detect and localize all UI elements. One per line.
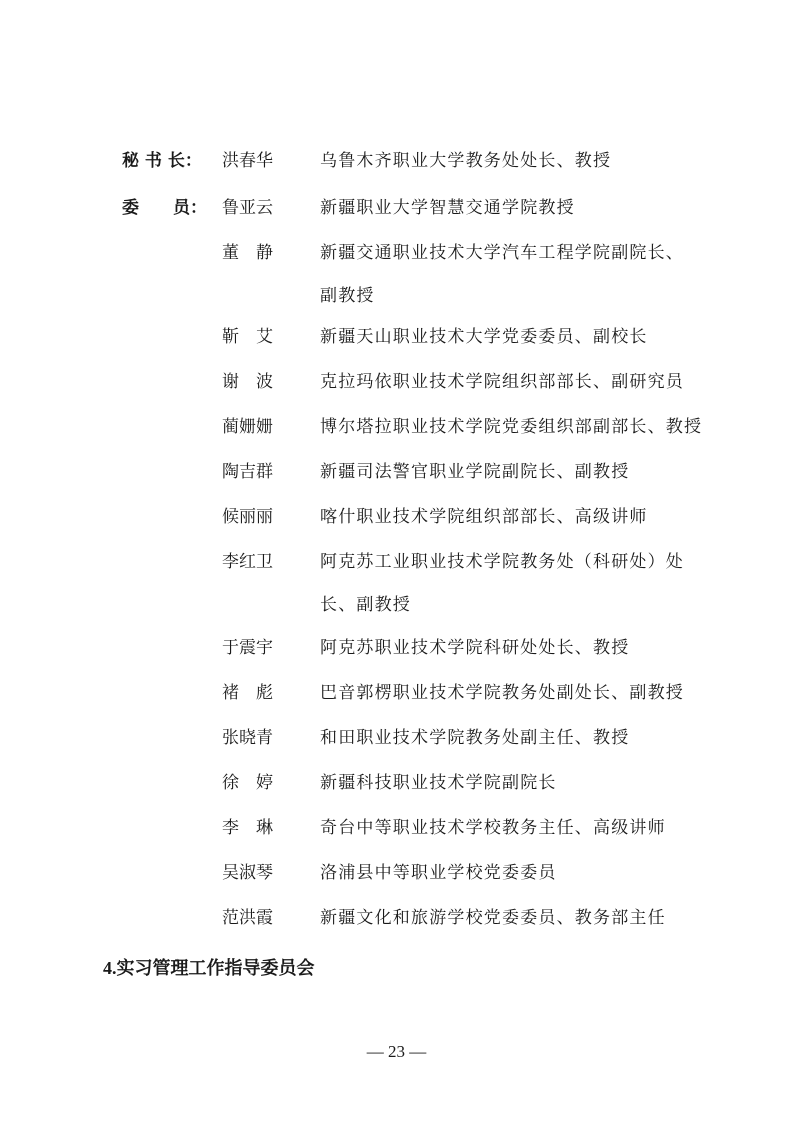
page-number: — 23 — — [0, 1042, 793, 1062]
person-title: 乌鲁木齐职业大学教务处处长、教授 — [320, 146, 611, 176]
person-name: 李 琳 — [222, 813, 273, 843]
person-title: 洛浦县中等职业学校党委委员 — [320, 858, 557, 888]
person-name: 鲁亚云 — [222, 193, 273, 223]
person-title: 新疆科技职业技术学院副院长 — [320, 768, 557, 798]
person-title: 巴音郭楞职业技术学院教务处副处长、副教授 — [320, 678, 684, 708]
secretary-general-row: 秘 书 长： 洪春华 乌鲁木齐职业大学教务处处长、教授 — [0, 146, 793, 176]
member-row: 李红卫 阿克苏工业职业技术学院教务处（科研处）处 — [0, 547, 793, 577]
member-row: 董 静 新疆交通职业技术大学汽车工程学院副院长、 — [0, 238, 793, 268]
person-title: 克拉玛依职业技术学院组织部部长、副研究员 — [320, 367, 684, 397]
person-name: 范洪霞 — [222, 903, 273, 933]
member-row: 范洪霞 新疆文化和旅游学校党委委员、教务部主任 — [0, 903, 793, 933]
person-title: 新疆职业大学智慧交通学院教授 — [320, 193, 575, 223]
person-name: 董 静 — [222, 238, 273, 268]
person-title: 奇台中等职业技术学校教务主任、高级讲师 — [320, 813, 666, 843]
person-name: 靳 艾 — [222, 322, 273, 352]
person-name: 陶吉群 — [222, 457, 273, 487]
person-name: 徐 婷 — [222, 768, 273, 798]
member-row: 谢 波 克拉玛依职业技术学院组织部部长、副研究员 — [0, 367, 793, 397]
person-title-continued: 副教授 — [320, 281, 375, 311]
member-row-continuation: 长、副教授 — [0, 590, 793, 620]
person-title: 和田职业技术学院教务处副主任、教授 — [320, 723, 629, 753]
member-row: 靳 艾 新疆天山职业技术大学党委委员、副校长 — [0, 322, 793, 352]
person-title-continued: 长、副教授 — [320, 590, 411, 620]
person-title: 新疆交通职业技术大学汽车工程学院副院长、 — [320, 238, 684, 268]
member-row-continuation: 副教授 — [0, 281, 793, 311]
person-title: 阿克苏工业职业技术学院教务处（科研处）处 — [320, 547, 684, 577]
person-name: 谢 波 — [222, 367, 273, 397]
member-row: 委 员： 鲁亚云 新疆职业大学智慧交通学院教授 — [0, 193, 793, 223]
member-row: 吴淑琴 洛浦县中等职业学校党委委员 — [0, 858, 793, 888]
member-row: 褚 彪 巴音郭楞职业技术学院教务处副处长、副教授 — [0, 678, 793, 708]
person-name: 吴淑琴 — [222, 858, 273, 888]
person-name: 蔺姗姗 — [222, 412, 273, 442]
member-row: 蔺姗姗 博尔塔拉职业技术学院党委组织部副部长、教授 — [0, 412, 793, 442]
member-row: 陶吉群 新疆司法警官职业学院副院长、副教授 — [0, 457, 793, 487]
person-name: 褚 彪 — [222, 678, 273, 708]
person-name: 于震宇 — [222, 633, 273, 663]
person-name: 候丽丽 — [222, 502, 273, 532]
role-label-members: 委 员： — [122, 193, 207, 223]
person-title: 新疆司法警官职业学院副院长、副教授 — [320, 457, 629, 487]
member-row: 候丽丽 喀什职业技术学院组织部部长、高级讲师 — [0, 502, 793, 532]
person-title: 喀什职业技术学院组织部部长、高级讲师 — [320, 502, 648, 532]
member-row: 张晓青 和田职业技术学院教务处副主任、教授 — [0, 723, 793, 753]
member-row: 李 琳 奇台中等职业技术学校教务主任、高级讲师 — [0, 813, 793, 843]
member-row: 徐 婷 新疆科技职业技术学院副院长 — [0, 768, 793, 798]
member-row: 于震宇 阿克苏职业技术学院科研处处长、教授 — [0, 633, 793, 663]
person-name: 张晓青 — [222, 723, 273, 753]
person-title: 博尔塔拉职业技术学院党委组织部副部长、教授 — [320, 412, 702, 442]
section-heading: 4.实习管理工作指导委员会 — [103, 954, 315, 982]
person-name: 李红卫 — [222, 547, 273, 577]
role-label-secretary-general: 秘 书 长： — [122, 146, 202, 176]
person-title: 新疆文化和旅游学校党委委员、教务部主任 — [320, 903, 666, 933]
person-name: 洪春华 — [222, 146, 273, 176]
person-title: 新疆天山职业技术大学党委委员、副校长 — [320, 322, 648, 352]
person-title: 阿克苏职业技术学院科研处处长、教授 — [320, 633, 629, 663]
